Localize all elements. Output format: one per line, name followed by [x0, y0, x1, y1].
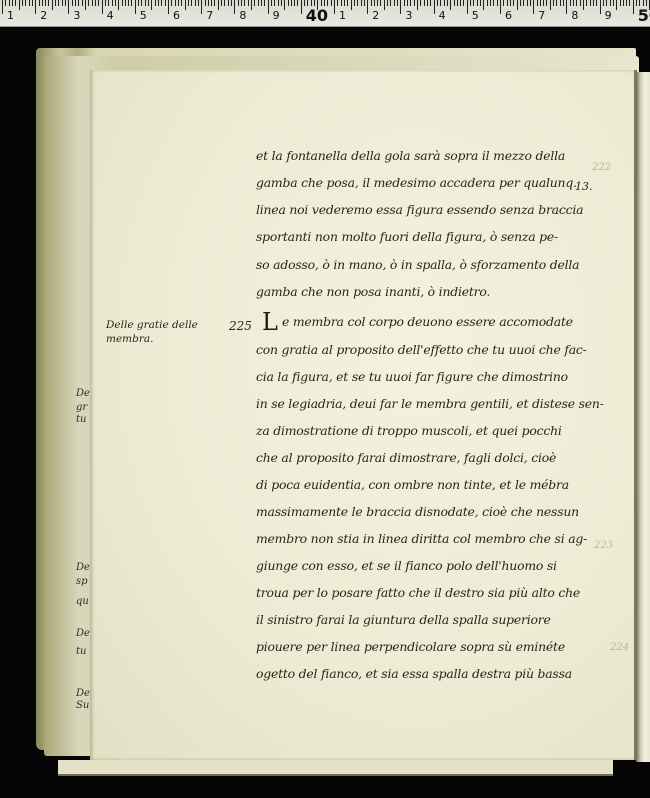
ruler-tick — [540, 0, 541, 6]
text-line: gamba che non posa inanti, ò indietro. — [256, 284, 601, 299]
ruler-label: 6 — [173, 9, 180, 22]
ruler-tick — [457, 0, 458, 6]
ruler-tick — [361, 0, 362, 6]
text-line: di poca euidentia, con ombre non tinte, … — [256, 477, 601, 492]
ruler-tick — [503, 0, 504, 6]
left-edge-fragment: gr — [76, 402, 90, 413]
ruler-tick — [371, 0, 372, 6]
ruler-label: 3 — [405, 9, 412, 22]
ruler-tick — [629, 0, 630, 6]
ruler-tick — [165, 0, 166, 6]
ruler-tick — [556, 0, 557, 6]
ruler-label: 9 — [273, 9, 280, 22]
text-line: za dimostratione di troppo muscoli, et q… — [256, 423, 601, 438]
left-edge-fragment: De — [76, 388, 90, 399]
ruler-tick — [563, 0, 564, 6]
ruler-tick — [75, 0, 76, 6]
ruler-tick — [470, 0, 471, 6]
ruler-label: 7 — [206, 9, 213, 22]
ruler-tick — [58, 0, 59, 6]
ruler-tick — [248, 0, 249, 6]
ruler-label: 1 — [339, 9, 346, 22]
left-edge-fragment: De — [76, 628, 90, 639]
ruler-tick — [523, 0, 524, 6]
ruler-tick — [417, 0, 418, 10]
ruler-tick — [19, 0, 20, 10]
ruler-tick — [78, 0, 79, 6]
ruler-tick — [291, 0, 292, 6]
ruler-tick — [490, 0, 491, 6]
facing-page-edge — [636, 72, 650, 762]
ruler-tick — [284, 0, 285, 10]
ruler-tick — [553, 0, 554, 6]
ruler-tick — [261, 0, 262, 6]
ruler-tick — [188, 0, 189, 6]
ruler-tick — [357, 0, 358, 6]
ruler-tick — [181, 0, 182, 6]
text-line: so adosso, ò in mano, ò in spalla, ò sfo… — [256, 257, 601, 272]
left-edge-fragment: tu — [76, 414, 90, 425]
ruler-tick — [288, 0, 289, 6]
ruler-tick — [208, 0, 209, 6]
ruler-tick — [231, 0, 232, 6]
ruler-tick — [108, 0, 109, 6]
text-line: linea noi vederemo essa figura essendo s… — [256, 202, 601, 217]
ruler-tick — [168, 0, 169, 14]
ruler-tick — [15, 0, 16, 6]
ruler-tick — [626, 0, 627, 6]
left-edge-fragment: sp — [76, 576, 90, 587]
ruler-tick — [487, 0, 488, 6]
ruler-tick — [527, 0, 528, 6]
ruler-tick — [427, 0, 428, 6]
ruler-tick — [62, 0, 63, 6]
text-line: e membra col corpo deuono essere accomod… — [282, 314, 602, 329]
page-bottom-edge — [58, 760, 613, 776]
ruler-tick — [68, 0, 69, 14]
ruler-tick — [95, 0, 96, 6]
ruler-tick — [460, 0, 461, 6]
text-line: con gratia al proposito dell'effetto che… — [256, 342, 601, 357]
ruler-tick — [497, 0, 498, 6]
ruler-tick — [344, 0, 345, 6]
ruler-tick — [105, 0, 106, 6]
ruler-tick — [118, 0, 119, 10]
ruler-tick — [420, 0, 421, 6]
ruler-tick — [390, 0, 391, 6]
ruler-tick — [513, 0, 514, 6]
ruler-tick — [195, 0, 196, 6]
ruler-tick — [603, 0, 604, 6]
ruler-tick — [447, 0, 448, 6]
ruler-tick — [570, 0, 571, 6]
manuscript-page — [90, 70, 635, 760]
ruler-tick — [32, 0, 33, 6]
ruler-tick — [211, 0, 212, 6]
ruler-tick — [125, 0, 126, 6]
ruler-tick — [520, 0, 521, 6]
ruler-label: 50 — [638, 6, 650, 25]
ruler-tick — [98, 0, 99, 6]
ruler-tick — [454, 0, 455, 6]
ruler-tick — [264, 0, 265, 6]
ruler-tick — [201, 0, 202, 14]
ruler-tick — [244, 0, 245, 6]
ruler-tick — [593, 0, 594, 6]
ruler-tick — [384, 0, 385, 10]
ruler-label: 8 — [239, 9, 246, 22]
ruler-tick — [171, 0, 172, 6]
ruler-tick — [404, 0, 405, 6]
ruler-tick — [620, 0, 621, 6]
ruler-tick — [493, 0, 494, 6]
ruler-tick — [463, 0, 464, 6]
ruler-tick — [331, 0, 332, 6]
text-line: gamba che posa, il medesimo accadera per… — [256, 175, 601, 190]
ruler-tick — [85, 0, 86, 10]
ruler-tick — [380, 0, 381, 6]
ruler-tick — [138, 0, 139, 6]
ruler-tick — [537, 0, 538, 6]
ruler-tick — [112, 0, 113, 6]
ruler-tick — [407, 0, 408, 6]
paragraph-number: 225 — [229, 319, 252, 333]
ruler-tick — [410, 0, 411, 6]
ruler-tick — [2, 0, 3, 14]
ruler-tick — [351, 0, 352, 10]
ruler-label: 1 — [7, 9, 14, 22]
ruler-tick — [590, 0, 591, 6]
text-line: il sinistro farai la giuntura della spal… — [256, 612, 601, 627]
ruler-tick — [530, 0, 531, 6]
bleed-through-number: 224 — [610, 642, 629, 653]
ruler-tick — [141, 0, 142, 6]
ruler-tick — [507, 0, 508, 6]
ruler-tick — [271, 0, 272, 6]
ruler-tick — [586, 0, 587, 6]
left-edge-fragment: De — [76, 688, 90, 699]
ruler-tick — [205, 0, 206, 6]
ruler-tick — [341, 0, 342, 6]
left-edge-fragment: qu — [76, 596, 90, 607]
ruler-tick — [115, 0, 116, 6]
text-line: et la fontanella della gola sarà sopra i… — [256, 148, 601, 163]
ruler-tick — [616, 0, 617, 10]
ruler-tick — [158, 0, 159, 6]
ruler-tick — [623, 0, 624, 6]
ruler-tick — [444, 0, 445, 6]
text-line: sportanti non molto fuori della figura, … — [256, 229, 601, 244]
ruler-tick — [566, 0, 567, 14]
ruler-tick — [191, 0, 192, 6]
ruler-tick — [434, 0, 435, 14]
ruler-tick — [52, 0, 53, 10]
ruler-tick — [234, 0, 235, 14]
ruler-tick — [610, 0, 611, 6]
ruler-tick — [633, 0, 634, 14]
ruler-tick — [450, 0, 451, 10]
ruler-tick — [301, 0, 302, 14]
ruler-tick — [122, 0, 123, 6]
ruler-label: 5 — [140, 9, 147, 22]
ruler-label: 2 — [40, 9, 47, 22]
text-line: piouere per linea perpendicolare sopra s… — [256, 639, 601, 654]
ruler-tick — [500, 0, 501, 14]
ruler-tick — [135, 0, 136, 14]
ruler-label: 40 — [306, 6, 328, 25]
ruler-tick — [151, 0, 152, 10]
ruler-tick — [82, 0, 83, 6]
ruler-tick — [258, 0, 259, 6]
ruler-label: 4 — [107, 9, 114, 22]
ruler-tick — [337, 0, 338, 6]
ruler-tick — [517, 0, 518, 10]
ruler-tick — [241, 0, 242, 6]
left-edge-fragment: Su — [76, 700, 90, 711]
initial-letter: L — [262, 308, 278, 336]
ruler-tick — [546, 0, 547, 6]
ruler-tick — [268, 0, 269, 14]
ruler-tick — [39, 0, 40, 6]
ruler-label: 9 — [605, 9, 612, 22]
ruler-tick — [437, 0, 438, 6]
ruler-tick — [238, 0, 239, 6]
ruler-tick — [377, 0, 378, 6]
ruler-tick — [560, 0, 561, 6]
ruler-tick — [477, 0, 478, 6]
ruler-tick — [510, 0, 511, 6]
ruler-tick — [251, 0, 252, 10]
ruler-tick — [65, 0, 66, 6]
ruler-tick — [214, 0, 215, 6]
ruler-label: 8 — [571, 9, 578, 22]
ruler-tick — [400, 0, 401, 14]
ruler-tick — [22, 0, 23, 6]
ruler-tick — [102, 0, 103, 14]
ruler-tick — [12, 0, 13, 6]
text-line: membro non stia in linea diritta col mem… — [256, 531, 601, 546]
ruler-tick — [25, 0, 26, 6]
ruler-tick — [185, 0, 186, 10]
ruler-label: 7 — [538, 9, 545, 22]
ruler-tick — [394, 0, 395, 6]
ruler-tick — [278, 0, 279, 6]
ruler-label: 3 — [73, 9, 80, 22]
text-line: in se legiadria, deui far le membra gent… — [256, 396, 601, 411]
ruler-label: 5 — [472, 9, 479, 22]
ruler-tick — [92, 0, 93, 6]
marginal-note: Delle gratie delle membra. — [106, 318, 216, 346]
ruler-tick — [45, 0, 46, 6]
ruler-tick — [387, 0, 388, 6]
ruler-tick — [148, 0, 149, 6]
ruler-tick — [224, 0, 225, 6]
text-line: che al proposito farai dimostrare, fagli… — [256, 450, 601, 465]
ruler-label: 4 — [439, 9, 446, 22]
ruler-tick — [175, 0, 176, 6]
measurement-ruler: 1234567894012345678950 — [0, 0, 650, 27]
ruler-tick — [198, 0, 199, 6]
ruler-tick — [367, 0, 368, 14]
ruler-tick — [294, 0, 295, 6]
ruler-tick — [354, 0, 355, 6]
left-edge-fragment: tu — [76, 646, 90, 657]
ruler-tick — [573, 0, 574, 6]
ruler-tick — [480, 0, 481, 6]
text-line: ogetto del fianco, et sia essa spalla de… — [256, 666, 601, 681]
ruler-tick — [440, 0, 441, 6]
ruler-tick — [128, 0, 129, 6]
ruler-tick — [613, 0, 614, 6]
ruler-tick — [221, 0, 222, 6]
ruler-tick — [35, 0, 36, 14]
ruler-tick — [297, 0, 298, 6]
ruler-tick — [218, 0, 219, 10]
ruler-tick — [281, 0, 282, 6]
ruler-tick — [533, 0, 534, 14]
ruler-label: 2 — [372, 9, 379, 22]
ruler-tick — [473, 0, 474, 6]
ruler-tick — [580, 0, 581, 6]
ruler-tick — [274, 0, 275, 6]
ruler-tick — [347, 0, 348, 6]
ruler-tick — [178, 0, 179, 6]
ruler-tick — [397, 0, 398, 6]
text-line: troua per lo posare fatto che il destro … — [256, 585, 601, 600]
ruler-tick — [467, 0, 468, 14]
ruler-tick — [161, 0, 162, 6]
ruler-tick — [374, 0, 375, 6]
text-line: massimamente le braccia disnodate, cioè … — [256, 504, 601, 519]
ruler-tick — [550, 0, 551, 10]
left-edge-fragment: De — [76, 562, 90, 573]
ruler-tick — [9, 0, 10, 6]
ruler-tick — [430, 0, 431, 6]
ruler-tick — [42, 0, 43, 6]
ruler-tick — [424, 0, 425, 6]
ruler-tick — [364, 0, 365, 6]
ruler-tick — [600, 0, 601, 14]
ruler-tick — [583, 0, 584, 10]
ruler-tick — [145, 0, 146, 6]
ruler-tick — [483, 0, 484, 10]
ruler-tick — [29, 0, 30, 6]
ruler-tick — [55, 0, 56, 6]
ruler-label: 6 — [505, 9, 512, 22]
ruler-tick — [5, 0, 6, 6]
ruler-tick — [88, 0, 89, 6]
ruler-tick — [254, 0, 255, 6]
bleed-through-number: 222 — [592, 162, 611, 173]
ruler-tick — [48, 0, 49, 6]
ruler-tick — [606, 0, 607, 6]
text-line: giunge con esso, et se il fianco polo de… — [256, 558, 601, 573]
ruler-tick — [131, 0, 132, 6]
ruler-tick — [72, 0, 73, 6]
ruler-tick — [334, 0, 335, 14]
ruler-tick — [596, 0, 597, 6]
text-line: cia la figura, et se tu uuoi far figure … — [256, 369, 601, 384]
ruler-tick — [155, 0, 156, 6]
ruler-tick — [414, 0, 415, 6]
ruler-tick — [228, 0, 229, 6]
ruler-tick — [543, 0, 544, 6]
ruler-tick — [576, 0, 577, 6]
